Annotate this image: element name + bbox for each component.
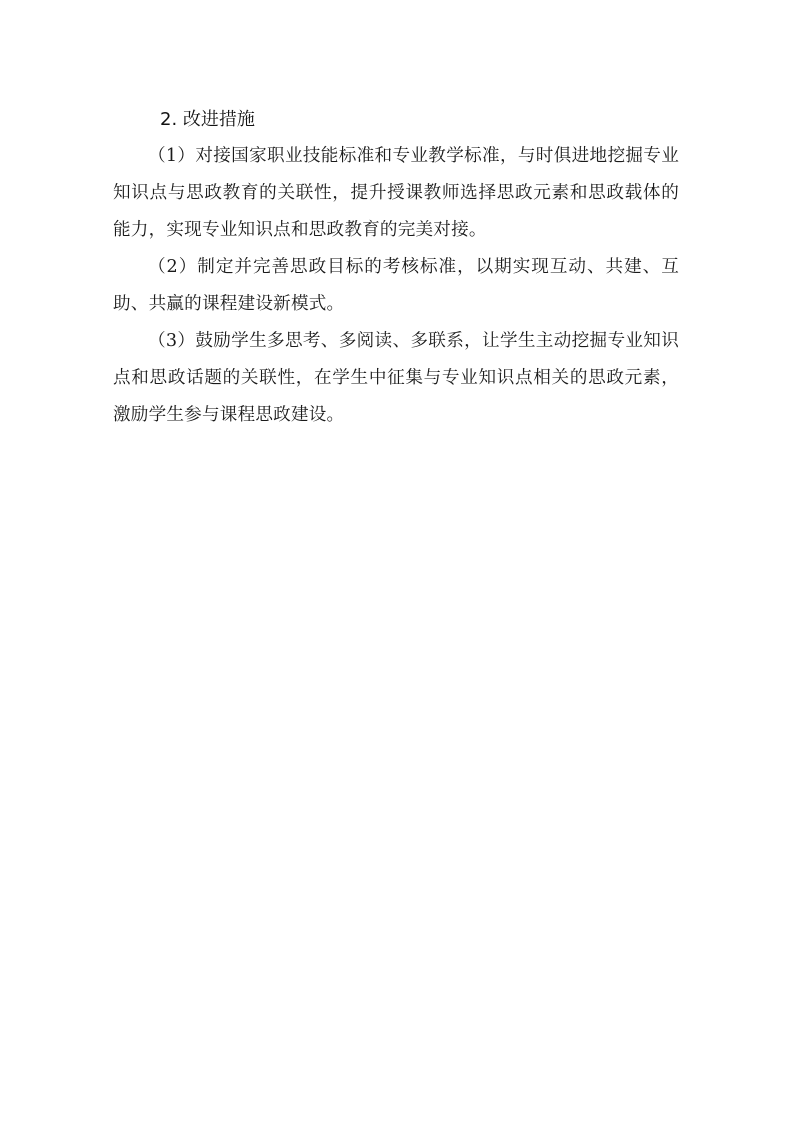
paragraph-1: （1）对接国家职业技能标准和专业教学标准，与时俱进地挖掘专业知识点与思政教育的关… xyxy=(113,138,679,249)
paragraph-3: （3）鼓励学生多思考、多阅读、多联系，让学生主动挖掘专业知识点和思政话题的关联性… xyxy=(113,323,679,434)
paragraph-2: （2）制定并完善思政目标的考核标准，以期实现互动、共建、互助、共赢的课程建设新模… xyxy=(113,249,679,323)
section-heading: 2. 改进措施 xyxy=(113,104,679,136)
document-page: 2. 改进措施 （1）对接国家职业技能标准和专业教学标准，与时俱进地挖掘专业知识… xyxy=(113,104,679,434)
